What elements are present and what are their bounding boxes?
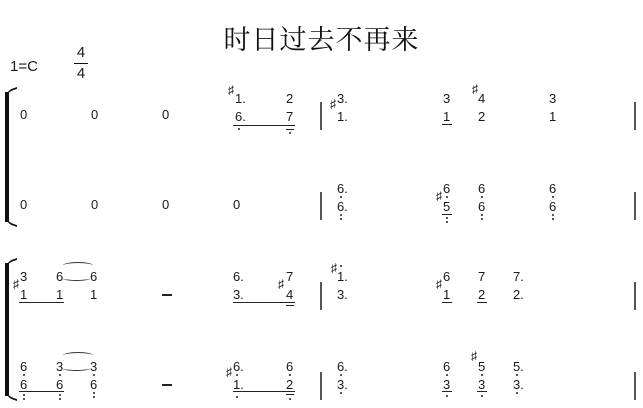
barline xyxy=(634,282,636,310)
note-s1_upper: 1 xyxy=(549,110,556,123)
note-s1_upper: 3 xyxy=(443,92,450,105)
note-s1_upper: 6. xyxy=(235,110,246,123)
beam-line xyxy=(233,391,295,392)
beam-line xyxy=(442,391,452,392)
octave-dot xyxy=(23,398,25,400)
beam-line xyxy=(286,305,294,306)
sharp-icon: ♯ xyxy=(226,366,232,378)
time-signature-top: 4 xyxy=(74,44,88,62)
system-1-bracket-icon xyxy=(5,92,15,222)
slur-icon xyxy=(63,352,93,359)
sharp-icon: ♯ xyxy=(436,190,442,202)
note-s2_upper: 7 xyxy=(286,270,293,283)
note-s1_lower: 0 xyxy=(233,198,240,211)
note-s1_lower: 0 xyxy=(162,198,169,211)
beam-line xyxy=(442,124,452,125)
octave-dot xyxy=(340,374,342,376)
note-s1_upper: 7 xyxy=(286,110,293,123)
octave-dot xyxy=(481,374,483,376)
barline xyxy=(320,282,322,310)
octave-dot xyxy=(236,396,238,398)
note-s2_upper: 2. xyxy=(513,288,524,301)
note-s2_lower: 6 xyxy=(56,378,63,391)
note-s2_lower: 5. xyxy=(513,360,524,373)
beam-line xyxy=(477,391,487,392)
sharp-icon: ♯ xyxy=(330,98,336,110)
note-s2_lower: 6 xyxy=(20,360,27,373)
note-s1_upper: 2 xyxy=(478,110,485,123)
sustain-dash-icon xyxy=(162,384,172,386)
note-s1_upper: 2 xyxy=(286,92,293,105)
note-s1_lower: 0 xyxy=(20,198,27,211)
time-signature-bar xyxy=(74,63,88,64)
octave-dot xyxy=(481,196,483,198)
octave-dot xyxy=(289,374,291,376)
octave-dot xyxy=(446,395,448,397)
octave-dot xyxy=(446,217,448,219)
key-signature: 1=C xyxy=(10,58,38,75)
sharp-icon: ♯ xyxy=(13,278,19,290)
beam-line xyxy=(19,302,64,303)
octave-dot xyxy=(516,392,518,394)
octave-dot xyxy=(446,221,448,223)
sharp-icon: ♯ xyxy=(472,83,478,95)
octave-dot xyxy=(481,395,483,397)
time-signature-bottom: 4 xyxy=(74,65,88,83)
octave-dot xyxy=(23,394,25,396)
beam-line xyxy=(233,302,295,303)
note-s1_upper: 0 xyxy=(162,108,169,121)
note-s1_upper: 0 xyxy=(91,108,98,121)
note-s2_upper: 6. xyxy=(233,270,244,283)
barline xyxy=(634,372,636,400)
note-s2_lower: 6 xyxy=(443,360,450,373)
note-s2_upper: 6 xyxy=(90,270,97,283)
note-s2_lower: 6 xyxy=(20,378,27,391)
note-s2_upper: 1 xyxy=(20,288,27,301)
octave-dot xyxy=(289,132,291,134)
note-s1_lower: 6 xyxy=(549,200,556,213)
note-s1_lower: 5 xyxy=(443,200,450,213)
octave-dot xyxy=(552,196,554,198)
sharp-icon: ♯ xyxy=(278,278,284,290)
octave-dot xyxy=(93,396,95,398)
note-s1_upper: 4 xyxy=(478,92,485,105)
note-s2_lower: 1. xyxy=(233,378,244,391)
note-s1_upper: 3. xyxy=(337,92,348,105)
barline xyxy=(320,102,322,130)
octave-dot xyxy=(481,214,483,216)
note-s2_upper: 7. xyxy=(513,270,524,283)
octave-dot xyxy=(516,374,518,376)
octave-dot xyxy=(340,265,342,267)
note-s2_upper: 1 xyxy=(90,288,97,301)
note-s1_upper: 1. xyxy=(235,92,246,105)
sharp-icon: ♯ xyxy=(331,262,337,274)
tie-icon xyxy=(63,366,90,371)
barline xyxy=(320,192,322,220)
note-s2_upper: 3 xyxy=(20,270,27,283)
beam-line xyxy=(286,394,294,395)
octave-dot xyxy=(236,374,238,376)
sharp-icon: ♯ xyxy=(436,278,442,290)
note-s2_lower: 3. xyxy=(337,378,348,391)
slur-icon xyxy=(63,262,93,269)
note-s2_upper: 1 xyxy=(443,288,450,301)
note-s1_upper: 1. xyxy=(337,110,348,123)
score-title: 时日过去不再来 xyxy=(0,18,643,57)
octave-dot xyxy=(289,398,291,400)
note-s2_lower: 6 xyxy=(90,378,97,391)
note-s2_lower: 6. xyxy=(233,360,244,373)
octave-dot xyxy=(340,196,342,198)
octave-dot xyxy=(93,374,95,376)
beam-line xyxy=(477,302,487,303)
note-s2_upper: 3. xyxy=(233,288,244,301)
beam-line xyxy=(286,129,294,130)
octave-dot xyxy=(340,392,342,394)
note-s2_upper: 1. xyxy=(337,270,348,283)
sharp-icon: ♯ xyxy=(228,84,234,96)
beam-line xyxy=(442,302,452,303)
octave-dot xyxy=(23,374,25,376)
beam-line xyxy=(233,125,295,126)
barline xyxy=(634,102,636,130)
octave-dot xyxy=(552,214,554,216)
note-s2_lower: 5 xyxy=(478,360,485,373)
time-signature: 4 4 xyxy=(74,44,88,83)
octave-dot xyxy=(446,196,448,198)
octave-dot xyxy=(552,218,554,220)
tie-icon xyxy=(63,276,90,281)
octave-dot xyxy=(446,374,448,376)
note-s2_lower: 3 xyxy=(443,378,450,391)
note-s1_upper: 1 xyxy=(443,110,450,123)
note-s2_lower: 6 xyxy=(286,360,293,373)
note-s2_upper: 6 xyxy=(443,270,450,283)
note-s2_upper: 3. xyxy=(337,288,348,301)
note-s1_lower: 6. xyxy=(337,200,348,213)
octave-dot xyxy=(238,128,240,130)
note-s1_lower: 0 xyxy=(91,198,98,211)
barline xyxy=(320,372,322,400)
sustain-dash-icon xyxy=(162,294,172,296)
octave-dot xyxy=(59,394,61,396)
barline xyxy=(634,192,636,220)
note-s1_lower: 6 xyxy=(549,182,556,195)
sharp-icon: ♯ xyxy=(471,350,477,362)
beam-line xyxy=(19,391,64,392)
note-s2_upper: 7 xyxy=(478,270,485,283)
note-s2_lower: 3 xyxy=(90,360,97,373)
note-s1_lower: 6 xyxy=(443,182,450,195)
note-s1_upper: 0 xyxy=(20,108,27,121)
note-s2_upper: 1 xyxy=(56,288,63,301)
note-s1_lower: 6 xyxy=(478,182,485,195)
beam-line xyxy=(442,214,452,215)
octave-dot xyxy=(340,214,342,216)
note-s2_lower: 3. xyxy=(513,378,524,391)
note-s2_lower: 2 xyxy=(286,378,293,391)
note-s2_upper: 2 xyxy=(478,288,485,301)
note-s1_lower: 6. xyxy=(337,182,348,195)
note-s2_lower: 3 xyxy=(478,378,485,391)
octave-dot xyxy=(93,392,95,394)
octave-dot xyxy=(340,218,342,220)
octave-dot xyxy=(59,374,61,376)
note-s1_upper: 3 xyxy=(549,92,556,105)
note-s2_lower: 6. xyxy=(337,360,348,373)
octave-dot xyxy=(481,218,483,220)
octave-dot xyxy=(59,398,61,400)
note-s2_upper: 4 xyxy=(286,288,293,301)
note-s1_lower: 6 xyxy=(478,200,485,213)
